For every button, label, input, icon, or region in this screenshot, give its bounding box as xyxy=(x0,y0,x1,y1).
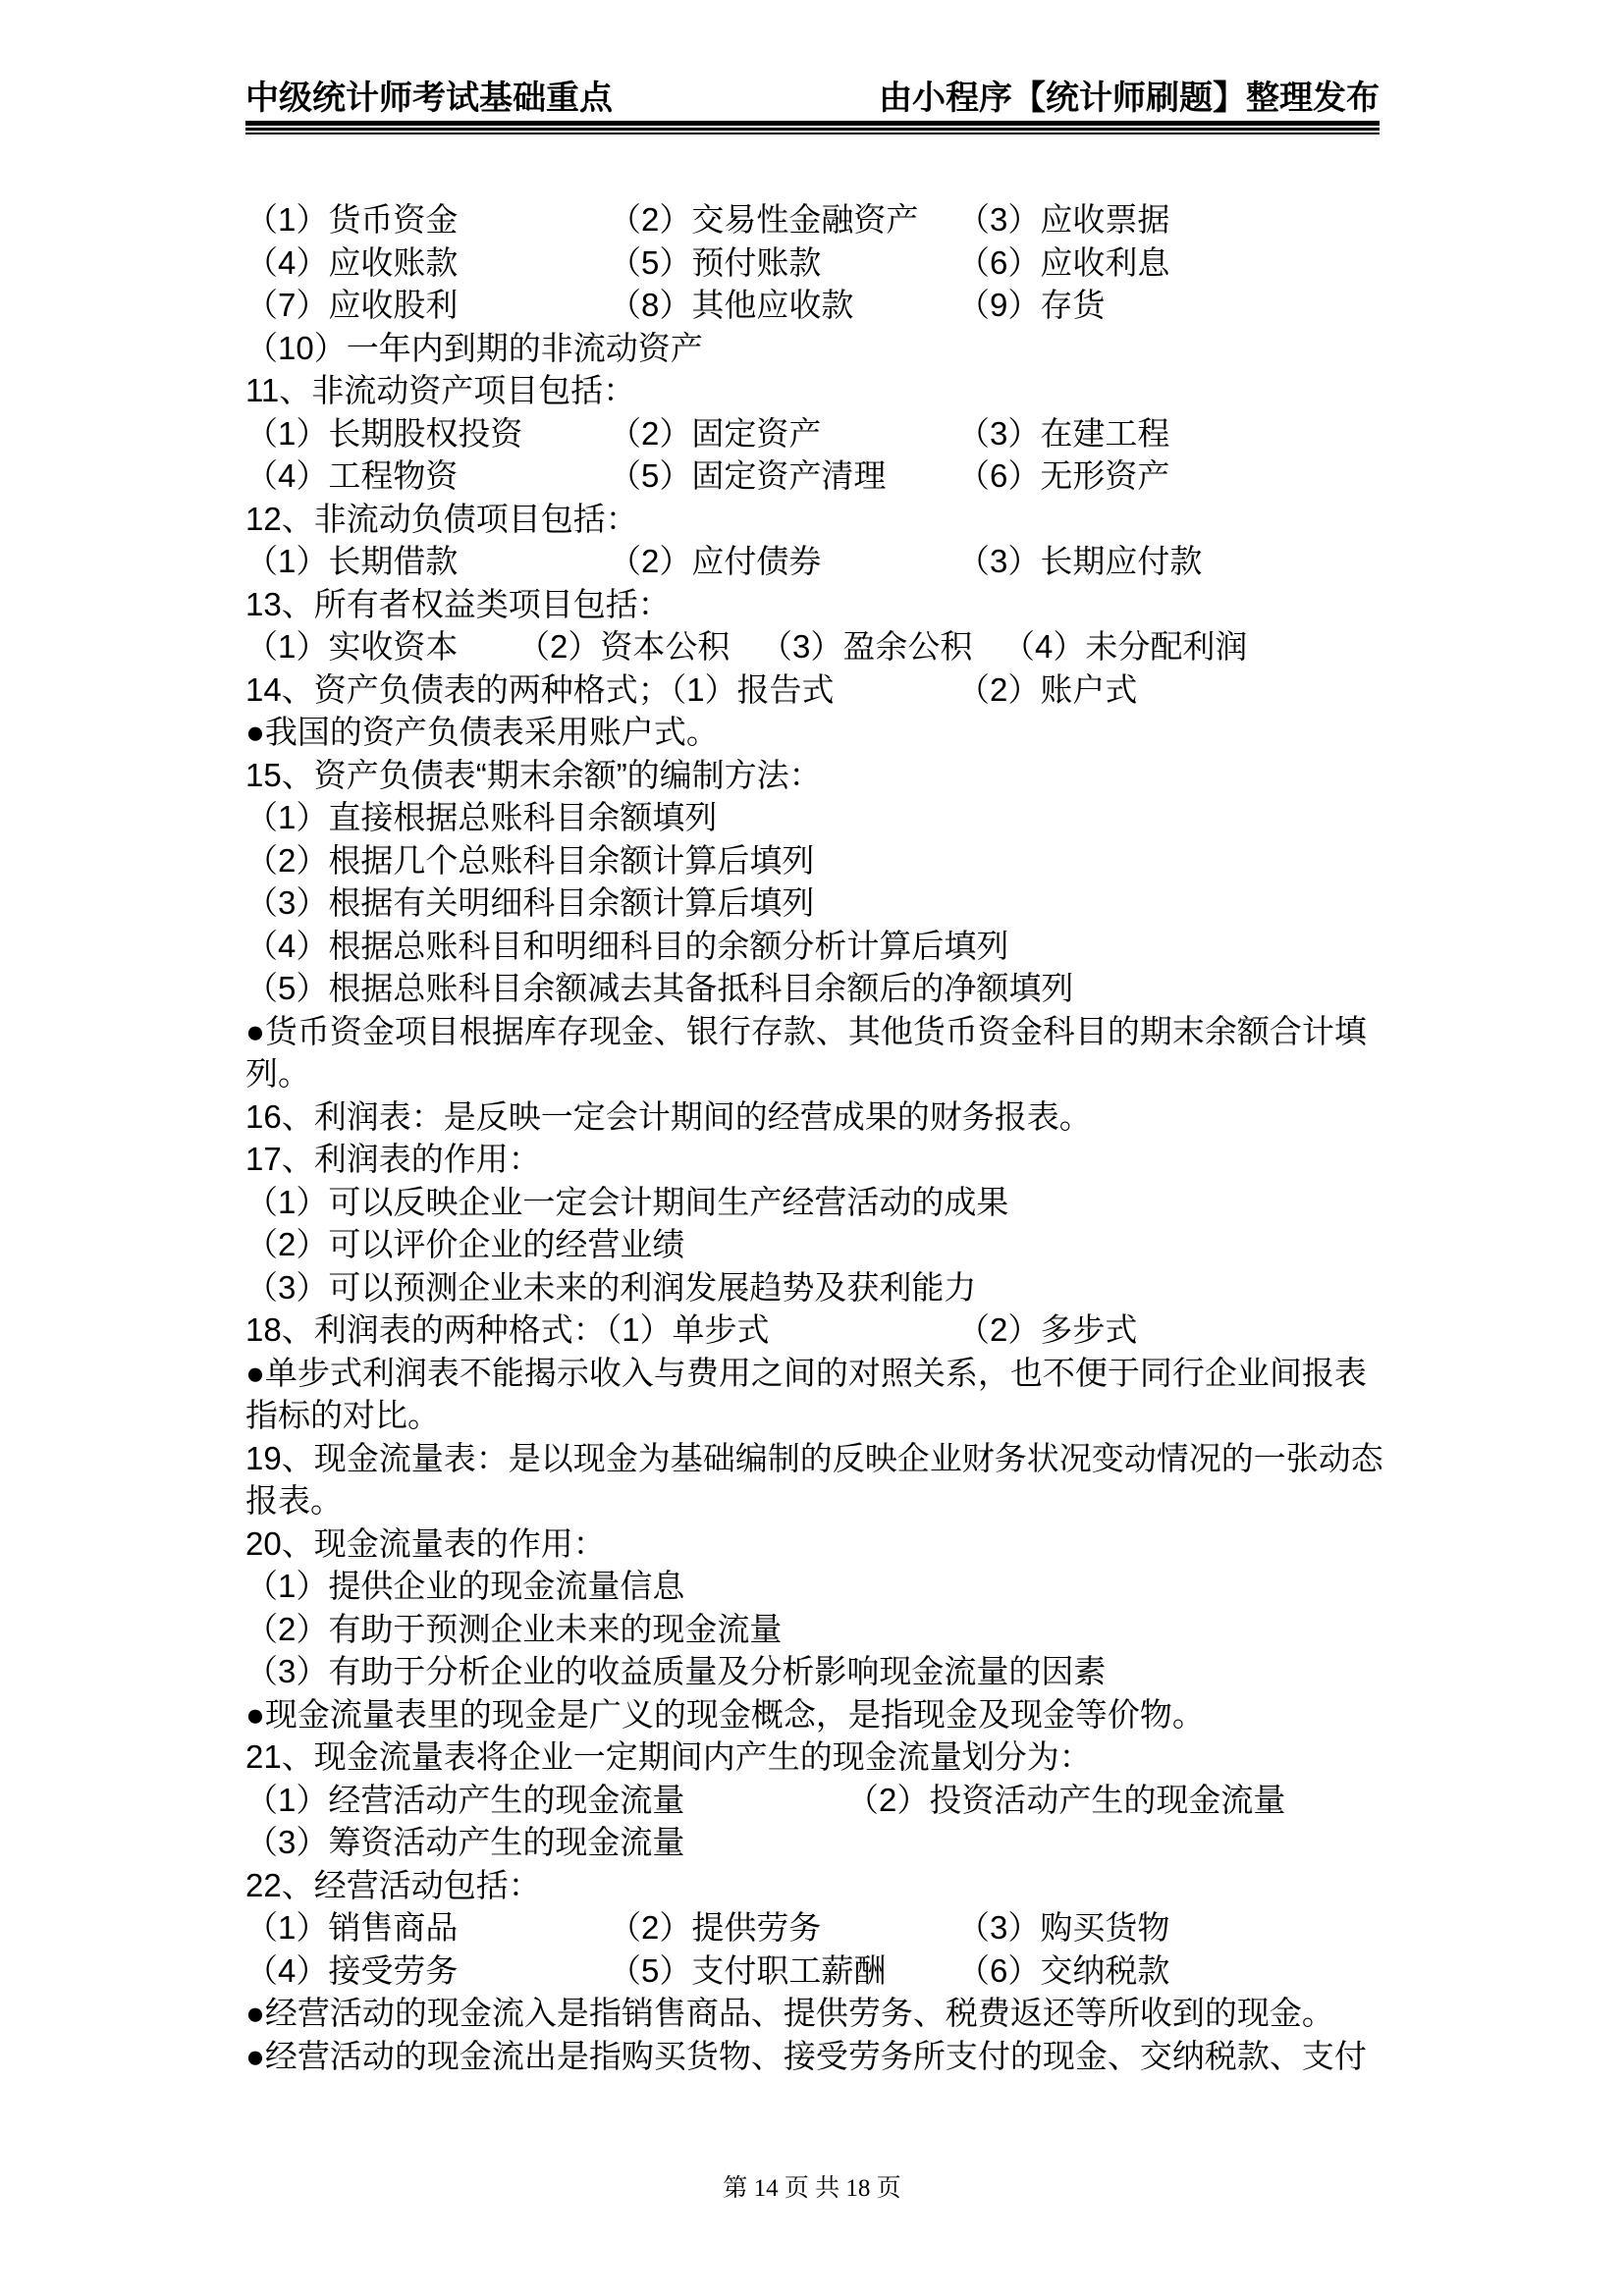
line-text: （4）接受劳务 xyxy=(245,1949,458,1993)
header-rule-medium xyxy=(245,128,1380,131)
text-line: （3）有助于分析企业的收益质量及分析影响现金流量的因素 xyxy=(245,1650,1394,1693)
text-line: ●单步式利润表不能揭示收入与费用之间的对照关系，也不便于同行企业间报表 xyxy=(245,1352,1394,1395)
text-line: （4）根据总账科目和明细科目的余额分析计算后填列 xyxy=(245,925,1394,968)
text-line: （7）应收股利 （8）其他应收款 （9）存货 xyxy=(245,284,1394,327)
text-line: ●现金流量表里的现金是广义的现金概念，是指现金及现金等价物。 xyxy=(245,1693,1394,1736)
line-text: 18、利润表的两种格式：（1）单步式 xyxy=(245,1308,770,1352)
text-line: 13、所有者权益类项目包括： xyxy=(245,583,1394,626)
text-line: ●我国的资产负债表采用账户式。 xyxy=(245,711,1394,754)
text-line: （4）接受劳务 （5）支付职工薪酬 （6）交纳税款 xyxy=(245,1949,1394,1993)
line-text: （4）未分配利润 xyxy=(1002,625,1247,668)
header-left-title: 中级统计师考试基础重点 xyxy=(245,80,613,117)
line-text: （2）固定资产 xyxy=(609,412,821,455)
line-text: （3）盈余公积 xyxy=(760,625,972,668)
header-right-credit: 由小程序【统计师刷题】整理发布 xyxy=(879,80,1380,117)
text-line: ●经营活动的现金流入是指销售商品、提供劳务、税费返还等所收到的现金。 xyxy=(245,1992,1394,2035)
text-line: 16、利润表：是反映一定会计期间的经营成果的财务报表。 xyxy=(245,1095,1394,1139)
text-line: ●经营活动的现金流出是指购买货物、接受劳务所支付的现金、交纳税款、支付 xyxy=(245,2035,1394,2078)
line-text: （2）资本公积 xyxy=(517,625,730,668)
line-text: （4）工程物资 xyxy=(245,454,458,498)
line-text: （1）经营活动产生的现金流量 xyxy=(245,1779,684,1822)
text-line: 指标的对比。 xyxy=(245,1394,1394,1437)
text-line: （1）可以反映企业一定会计期间生产经营活动的成果 xyxy=(245,1181,1394,1224)
text-line: 22、经营活动包括： xyxy=(245,1864,1394,1907)
line-text: （5）预付账款 xyxy=(609,241,821,285)
text-line: （1）货币资金 （2）交易性金融资产 （3）应收票据 xyxy=(245,198,1394,241)
line-text: （5）支付职工薪酬 xyxy=(609,1949,886,1993)
line-text: （2）账户式 xyxy=(957,668,1137,712)
line-text: （3）应收票据 xyxy=(957,198,1169,241)
line-text: （6）无形资产 xyxy=(957,454,1169,498)
text-line: ●货币资金项目根据库存现金、银行存款、其他货币资金科目的期末余额合计填 xyxy=(245,1010,1394,1053)
line-text: （2）多步式 xyxy=(957,1308,1137,1352)
text-line: （2）根据几个总账科目余额计算后填列 xyxy=(245,839,1394,882)
text-line: （3）可以预测企业未来的利润发展趋势及获利能力 xyxy=(245,1266,1394,1309)
line-text: （6）应收利息 xyxy=(957,241,1169,285)
text-line: （1）实收资本 （2）资本公积 （3）盈余公积 （4）未分配利润 xyxy=(245,625,1394,668)
document-page: 中级统计师考试基础重点 由小程序【统计师刷题】整理发布 （1）货币资金 （2）交… xyxy=(0,0,1624,2296)
text-line: （4）应收账款 （5）预付账款 （6）应收利息 xyxy=(245,241,1394,285)
text-line: 列。 xyxy=(245,1052,1394,1095)
text-line: 报表。 xyxy=(245,1479,1394,1522)
text-line: 19、现金流量表：是以现金为基础编制的反映企业财务状况变动情况的一张动态 xyxy=(245,1437,1394,1480)
text-line: （1）长期借款 （2）应付债券 （3）长期应付款 xyxy=(245,540,1394,583)
text-line: 11、非流动资产项目包括： xyxy=(245,369,1394,412)
line-text: （2）投资活动产生的现金流量 xyxy=(846,1779,1285,1822)
line-text: （1）长期借款 xyxy=(245,540,458,583)
line-text: 14、资产负债表的两种格式；（1）报告式 xyxy=(245,668,835,712)
header-rule-thick xyxy=(245,121,1380,126)
document-body: （1）货币资金 （2）交易性金融资产 （3）应收票据 （4）应收账款 （5）预付… xyxy=(245,198,1394,2077)
text-line: （10）一年内到期的非流动资产 xyxy=(245,327,1394,370)
line-text: （3）购买货物 xyxy=(957,1906,1169,1949)
line-text: （3）长期应付款 xyxy=(957,540,1202,583)
text-line: （5）根据总账科目余额减去其备抵科目余额后的净额填列 xyxy=(245,967,1394,1010)
text-line: 21、现金流量表将企业一定期间内产生的现金流量划分为： xyxy=(245,1735,1394,1779)
page-footer: 第 14 页 共 18 页 xyxy=(0,2174,1624,2204)
line-text: （4）应收账款 xyxy=(245,241,458,285)
text-line: 12、非流动负债项目包括： xyxy=(245,498,1394,541)
line-text: （5）固定资产清理 xyxy=(609,454,886,498)
text-line: （2）可以评价企业的经营业绩 xyxy=(245,1223,1394,1266)
page-header: 中级统计师考试基础重点 由小程序【统计师刷题】整理发布 xyxy=(245,80,1380,117)
text-line: 15、资产负债表“期末余额”的编制方法： xyxy=(245,754,1394,797)
line-text: （1）销售商品 xyxy=(245,1906,458,1949)
line-text: （6）交纳税款 xyxy=(957,1949,1169,1993)
text-line: （3）根据有关明细科目余额计算后填列 xyxy=(245,881,1394,925)
text-line: 20、现金流量表的作用： xyxy=(245,1522,1394,1566)
text-line: （1）直接根据总账科目余额填列 xyxy=(245,796,1394,839)
line-text: （1）长期股权投资 xyxy=(245,412,522,455)
page-number: 第 14 页 共 18 页 xyxy=(723,2175,900,2202)
text-line: （3）筹资活动产生的现金流量 xyxy=(245,1821,1394,1864)
line-text: （3）在建工程 xyxy=(957,412,1169,455)
text-line: 14、资产负债表的两种格式；（1）报告式 （2）账户式 xyxy=(245,668,1394,712)
text-line: （1）销售商品 （2）提供劳务 （3）购买货物 xyxy=(245,1906,1394,1949)
text-line: （4）工程物资 （5）固定资产清理 （6）无形资产 xyxy=(245,454,1394,498)
line-text: （1）货币资金 xyxy=(245,198,458,241)
line-text: （2）应付债券 xyxy=(609,540,821,583)
line-text: （1）实收资本 xyxy=(245,625,458,668)
text-line: （2）有助于预测企业未来的现金流量 xyxy=(245,1608,1394,1651)
line-text: （9）存货 xyxy=(957,284,1105,327)
header-rule-thin xyxy=(245,133,1380,134)
text-line: （1）提供企业的现金流量信息 xyxy=(245,1565,1394,1608)
line-text: （7）应收股利 xyxy=(245,284,458,327)
text-line: 18、利润表的两种格式：（1）单步式 （2）多步式 xyxy=(245,1308,1394,1352)
text-line: （1）长期股权投资 （2）固定资产 （3）在建工程 xyxy=(245,412,1394,455)
line-text: （8）其他应收款 xyxy=(609,284,853,327)
text-line: 17、利润表的作用： xyxy=(245,1138,1394,1181)
line-text: （2）提供劳务 xyxy=(609,1906,821,1949)
text-line: （1）经营活动产生的现金流量 （2）投资活动产生的现金流量 xyxy=(245,1779,1394,1822)
line-text: （2）交易性金融资产 xyxy=(609,198,918,241)
